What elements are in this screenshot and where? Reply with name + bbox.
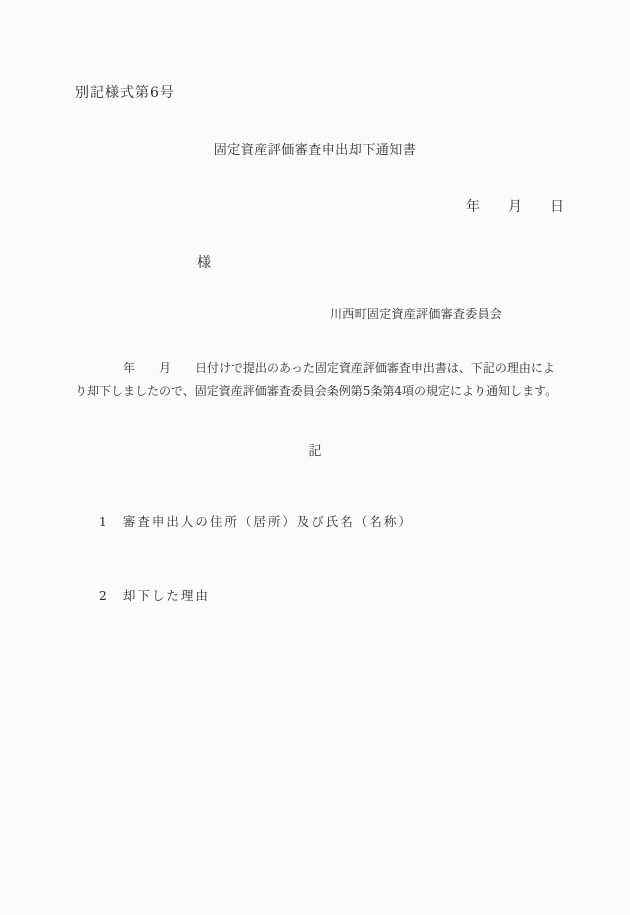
- list-item-1-text: 審査申出人の住所（居所）及び氏名（名称）: [123, 514, 413, 529]
- document-title: 固定資産評価審査申出却下通知書: [0, 139, 630, 158]
- list-item-2: 2却下した理由: [75, 571, 210, 619]
- record-marker: 記: [0, 440, 630, 459]
- list-item-1: 1審査申出人の住所（居所）及び氏名（名称）: [75, 497, 413, 545]
- addressee-honorific: 様: [197, 252, 211, 272]
- list-item-2-number: 2: [99, 588, 107, 603]
- form-number: 別記様式第6号: [75, 82, 175, 102]
- list-item-1-number: 1: [99, 514, 107, 529]
- document-page: 別記様式第6号 固定資産評価審査申出却下通知書 年 月 日 様 川西町固定資産評…: [0, 0, 630, 915]
- issuer-committee-name: 川西町固定資産評価審査委員会: [330, 305, 502, 322]
- list-item-2-text: 却下した理由: [123, 588, 210, 603]
- date-blank-line: 年 月 日: [466, 196, 564, 216]
- body-text-line-1: 年 月 日付けで提出のあった固定資産評価審査申出書は、下記の理由によ: [75, 357, 555, 380]
- body-text-line-2: り却下しましたので、固定資産評価審査委員会条例第5条第4項の規定により通知します…: [75, 380, 557, 403]
